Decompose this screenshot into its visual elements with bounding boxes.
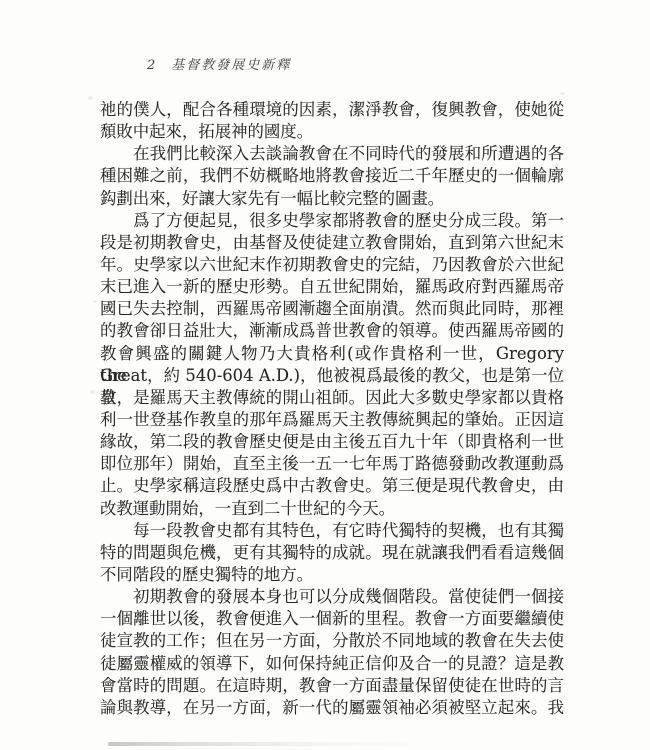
- text-line: 頹敗中起來，拓展神的國度。: [100, 121, 564, 143]
- text-line: 論與教導，在另一方面，新一代的屬靈領袖必須被堅立起來。我: [100, 697, 564, 719]
- text-line: 種困難之前，我們不妨概略地將教會接近二千年歷史的一個輪廓: [100, 165, 564, 187]
- text-line: 末已進入一新的歷史形勢。自五世紀開始，羅馬政府對西羅馬帝: [100, 276, 564, 298]
- body-text-block: 祂的僕人，配合各種環境的因素，潔淨教會，復興教會，使她從 頹敗中起來，拓展神的國…: [100, 99, 564, 719]
- scan-speck: [90, 390, 95, 394]
- text-line: 利一世登基作教皇的那年爲羅馬天主教傳統興起的肇始。正因這: [100, 409, 564, 431]
- text-line: 段是初期教會史，由基督及使徒建立教會開始，直到第六世紀末: [100, 232, 564, 254]
- text-line: 徒屬靈權威的領導下，如何保持純正信仰及合一的見證？這是教: [100, 653, 564, 675]
- text-line: 皇，是羅馬天主教傳統的開山祖師。因此大多數史學家都以貴格: [100, 387, 564, 409]
- text-line: 緣故，第二段的教會歷史便是由主後五百九十年（即貴格利一世: [100, 431, 564, 453]
- scanned-book-page: 2基督教發展史新釋 祂的僕人，配合各種環境的因素，潔淨教會，復興教會，使她從 頹…: [0, 0, 650, 750]
- scan-smudge-artifact: [108, 742, 428, 746]
- text-line: 鈎劃出來，好讓大家先有一幅比較完整的圖畫。: [100, 188, 564, 210]
- text-line: 止。史學家稱這段歷史爲中古教會史。第三便是現代教會史，由: [100, 475, 564, 497]
- text-line: 教會興盛的關鍵人物乃大貴格利(或作貴格利一世，Gregory the: [100, 343, 564, 365]
- text-line: 在我們比較深入去談論教會在不同時代的發展和所遭遇的各: [100, 143, 564, 165]
- scan-speck: [93, 300, 97, 303]
- text-line: Great，約 540-604 A.D.)，他被視爲最後的教父，也是第一位教: [100, 365, 564, 387]
- text-line: 的教會卻日益壯大，漸漸成爲普世教會的領導。使西羅馬帝國的: [100, 320, 564, 342]
- text-line: 會當時的問題。在這時期，教會一方面盡量保留使徒在世時的言: [100, 675, 564, 697]
- page-header: 2基督教發展史新釋: [147, 54, 291, 73]
- text-line: 初期教會的發展本身也可以分成幾個階段。當使徒們一個接: [100, 586, 564, 608]
- text-line: 特的問題與危機，更有其獨特的成就。現在就讓我們看看這幾個: [100, 542, 564, 564]
- text-line: 徒宣教的工作；但在另一方面，分散於不同地域的教會在失去使: [100, 630, 564, 652]
- scan-speck: [88, 96, 93, 100]
- text-line: 每一段教會史都有其特色，有它時代獨特的契機，也有其獨: [100, 520, 564, 542]
- scan-speck: [560, 92, 565, 95]
- text-line: 年。史學家以六世紀末作初期教會史的完結，乃因教會於六世紀: [100, 254, 564, 276]
- running-title: 基督教發展史新釋: [171, 58, 291, 73]
- text-line: 改教運動開始，一直到二十世紀的今天。: [100, 498, 564, 520]
- text-line: 國已失去控制，西羅馬帝國漸趨全面崩潰。然而與此同時，那裡: [100, 298, 564, 320]
- text-line: 祂的僕人，配合各種環境的因素，潔淨教會，復興教會，使她從: [100, 99, 564, 121]
- text-line: 一個離世以後，教會便進入一個新的里程。教會一方面要繼續使: [100, 608, 564, 630]
- text-line: 爲了方便起見，很多史學家都將教會的歷史分成三段。第一: [100, 210, 564, 232]
- text-line: 不同階段的歷史獨特的地方。: [100, 564, 564, 586]
- text-line: 即位那年）開始，直至主後一五一七年馬丁路德發動改教運動爲: [100, 453, 564, 475]
- page-number: 2: [147, 58, 155, 73]
